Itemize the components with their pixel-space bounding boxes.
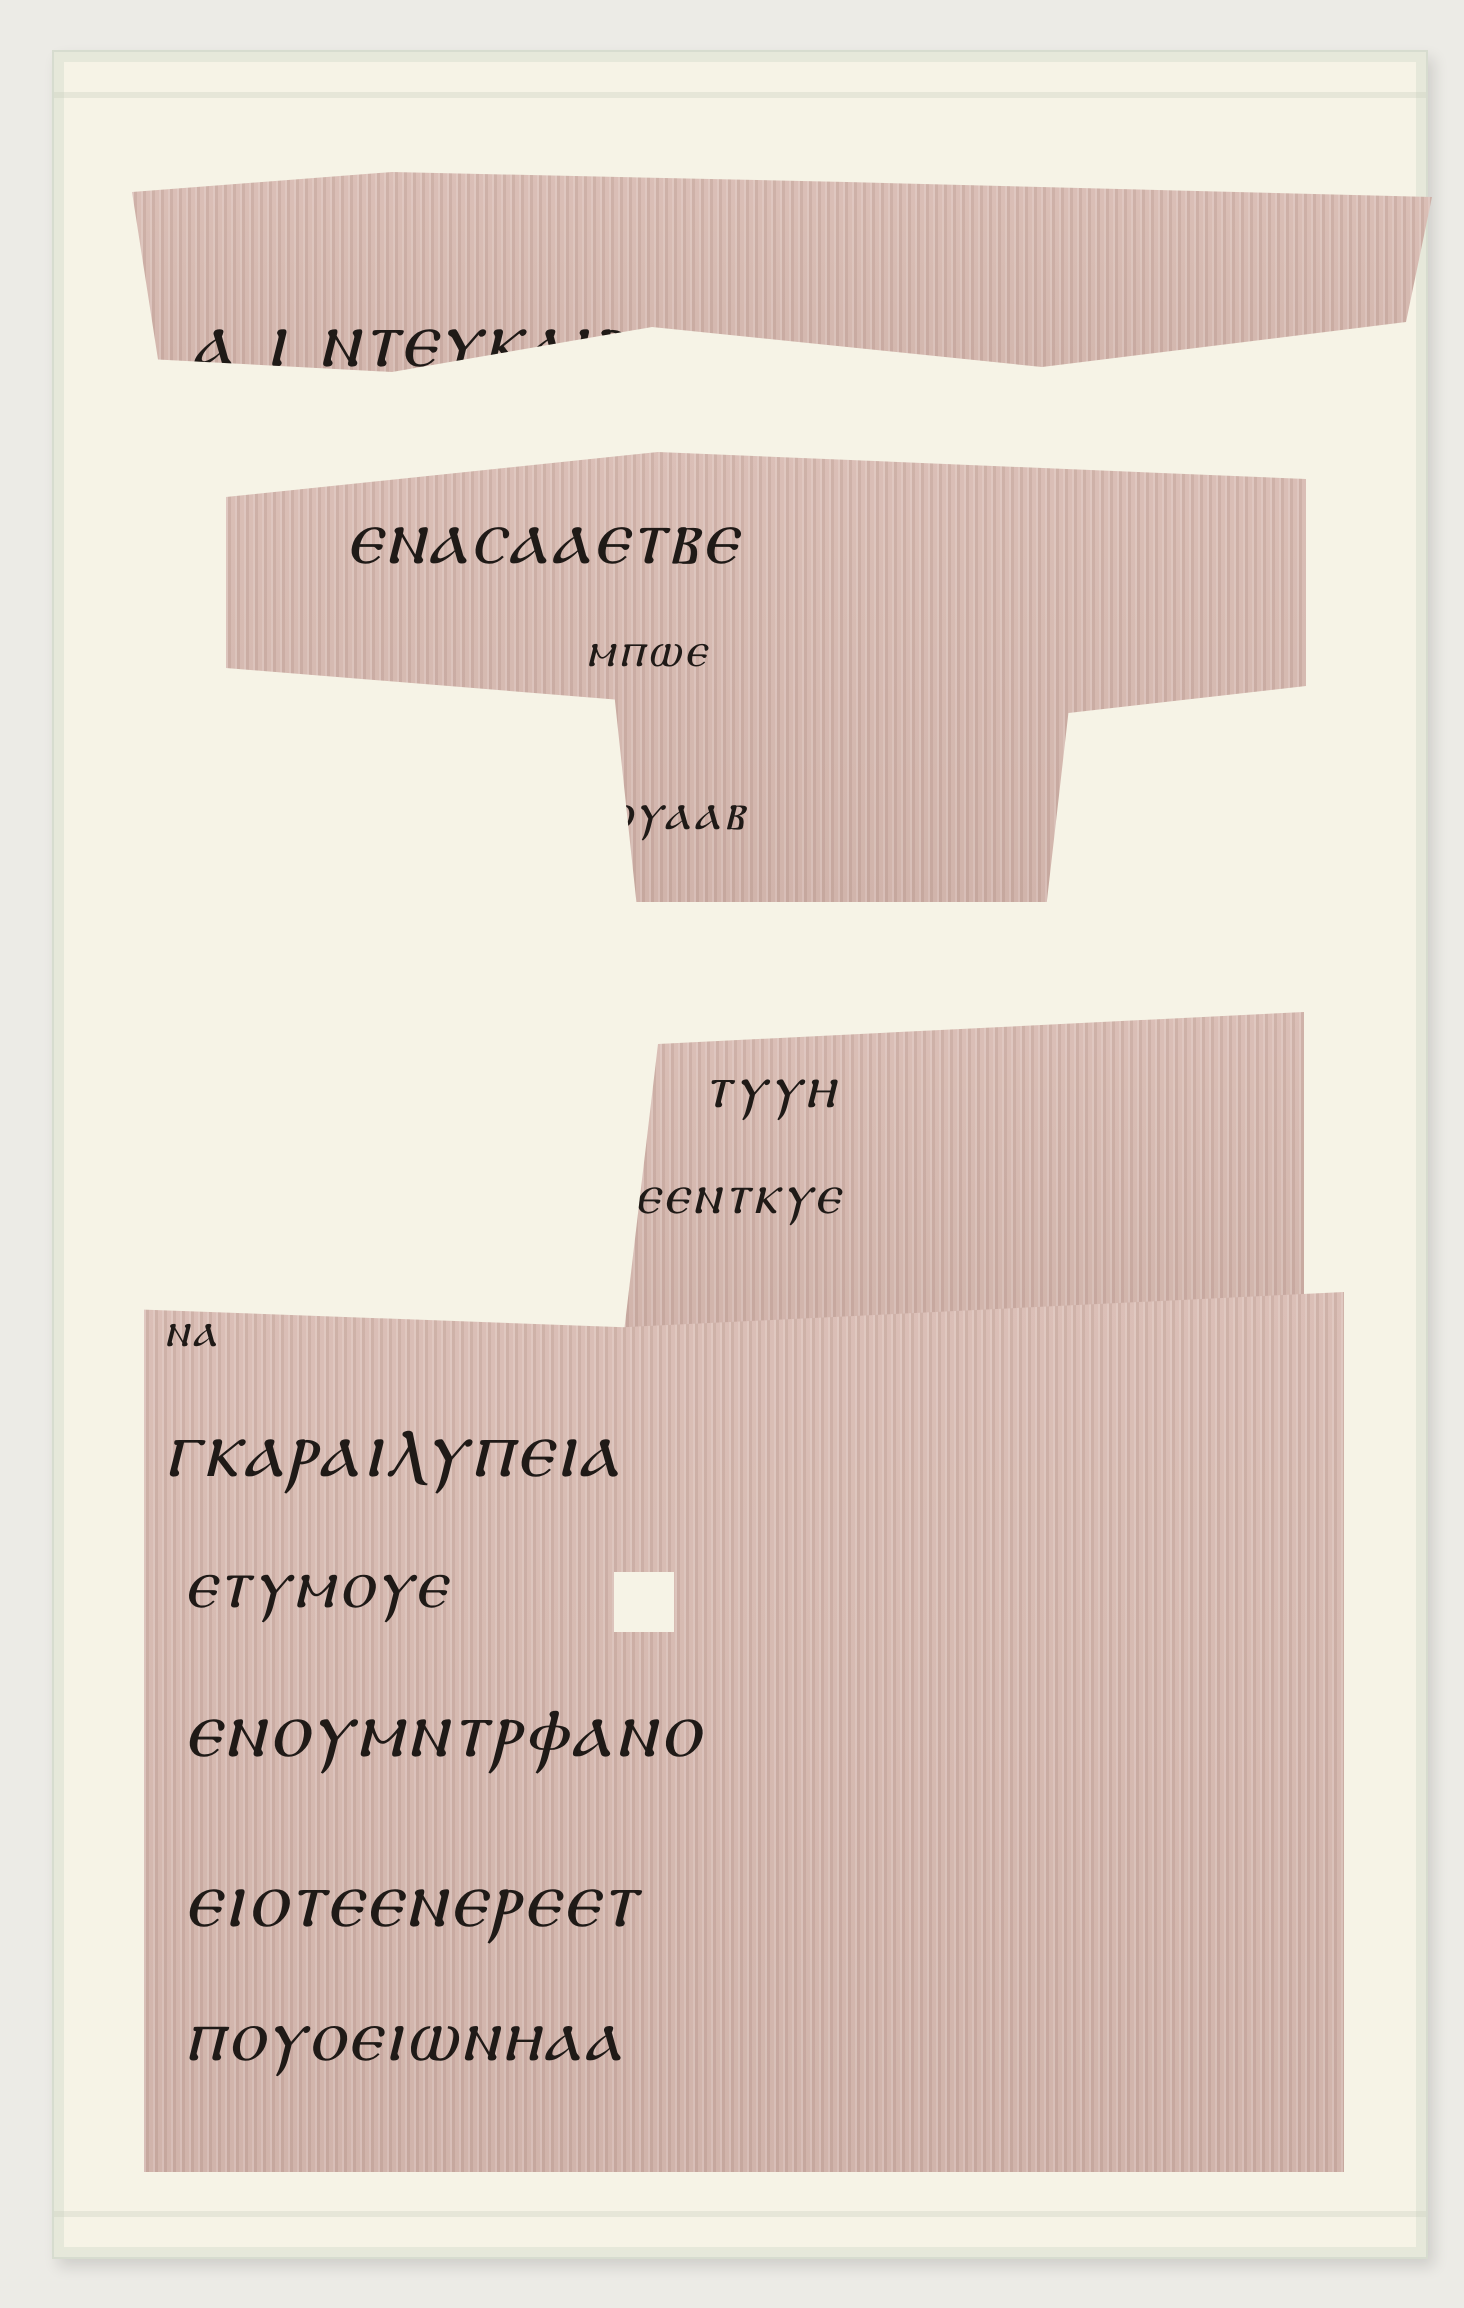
script-line: ⲛⲁ <box>164 1302 220 1359</box>
papyrus-fragment-4: ⲛⲁ ⲅⲕⲁⲣⲁⲓⲗⲩⲡⲉⲓⲁ ⲉⲧⲩⲙⲟⲩⲉ ⲉⲛⲟⲩⲙⲛⲧⲣⲫⲁⲛⲟ ⲉⲓⲟ… <box>144 1292 1344 2172</box>
glass-mount: ⲁ ⲓ ⲛⲧⲉⲩⲕⲁⲓⲣⲓ ⲉⲛⲁⲥⲁⲁⲉⲧⲃⲉ ⲙⲡⲱⲉ ⲟⲩⲁⲁⲃ ⲧⲩⲩⲏ… <box>52 50 1428 2259</box>
script-line: ⲧⲩⲩⲏ <box>704 1052 839 1122</box>
script-line: ⲁ ⲓ ⲛⲧⲉⲩⲕⲁⲓⲣⲓ <box>192 292 648 386</box>
papyrus-fragment-1: ⲁ ⲓ ⲛⲧⲉⲩⲕⲁⲓⲣⲓ <box>132 172 1432 422</box>
glass-edge <box>54 92 1426 98</box>
script-line: ⲉⲉⲛⲧⲕⲩⲉ <box>634 1162 843 1228</box>
script-line: ⲉⲓⲟⲧⲉⲉⲛⲉⲣⲉⲉⲧ <box>184 1852 639 1946</box>
papyrus-fragment-2: ⲉⲛⲁⲥⲁⲁⲉⲧⲃⲉ ⲙⲡⲱⲉ ⲟⲩⲁⲁⲃ <box>226 452 1306 902</box>
script-line: ⲟⲩⲁⲁⲃ <box>606 782 748 843</box>
script-line: ⲉⲛⲁⲥⲁⲁⲉⲧⲃⲉ <box>346 492 740 583</box>
glass-edge <box>54 2211 1426 2217</box>
script-line: ⲅⲕⲁⲣⲁⲓⲗⲩⲡⲉⲓⲁ <box>164 1402 622 1496</box>
script-line: ⲉⲛⲟⲩⲙⲛⲧⲣⲫⲁⲛⲟ <box>184 1682 702 1776</box>
papyrus-hole <box>614 1572 674 1632</box>
script-line: ⲡⲟⲩⲟⲉⲓⲱⲛⲏⲁⲁ <box>184 1992 625 2079</box>
papyrus-fragment-3: ⲧⲩⲩⲏ ⲉⲉⲛⲧⲕⲩⲉ <box>624 1012 1304 1332</box>
script-line: ⲙⲡⲱⲉ <box>586 622 709 679</box>
script-line: ⲉⲧⲩⲙⲟⲩⲉ <box>184 1542 449 1625</box>
